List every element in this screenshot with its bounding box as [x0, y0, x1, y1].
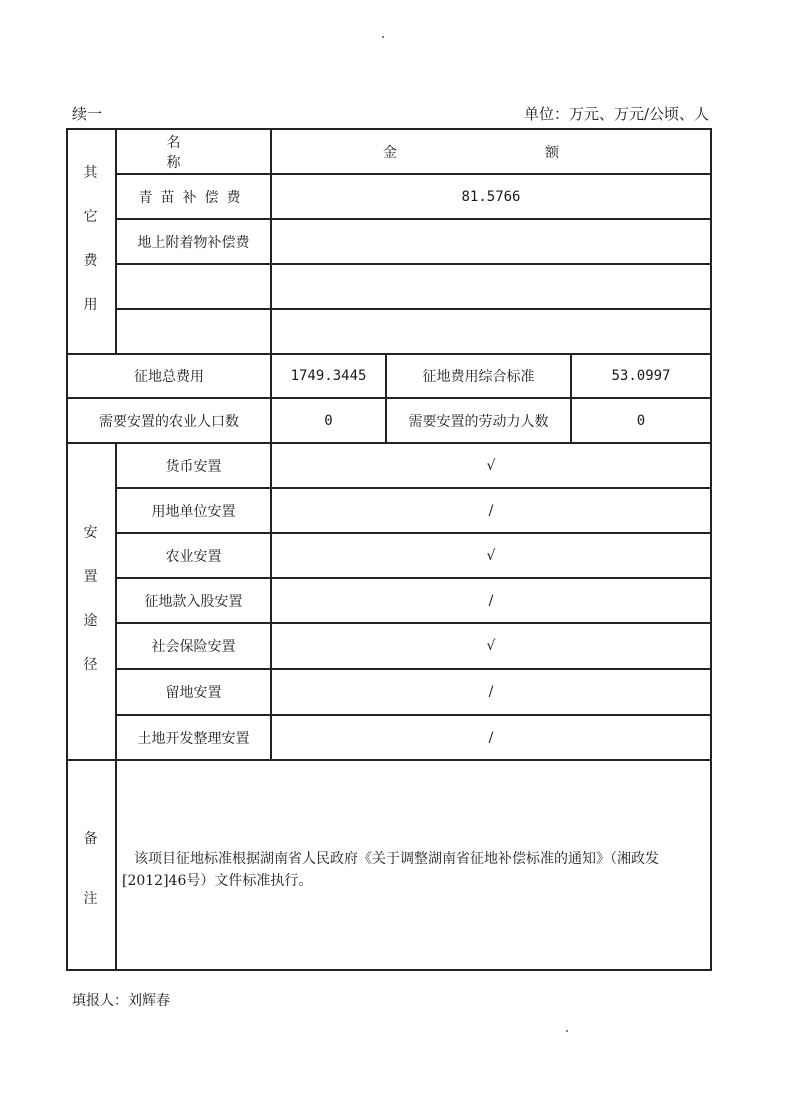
labor-count-value: 0	[572, 399, 710, 442]
total-cost-value: 1749.3445	[272, 355, 385, 397]
group-char: 置	[84, 566, 98, 586]
unit-label: 单位：万元、万元/公顷、人	[524, 103, 709, 124]
row-label-seedling-compensation: 青苗补偿费	[117, 175, 270, 218]
other-costs-group-label: 其 它 费 用	[66, 158, 115, 318]
group-char: 备	[84, 828, 98, 848]
empty-row-label	[117, 265, 270, 308]
compensation-table: 其 它 费 用 名 称 金 额 青苗补偿费 81.5766 地上附着物补偿费 征…	[66, 128, 712, 971]
resettlement-agriculture-mark: √	[272, 534, 710, 577]
reporter-label: 填报人：刘辉春	[72, 990, 170, 1010]
resettlement-group-label: 安 置 途 径	[66, 513, 115, 683]
resettlement-employer-label: 用地单位安置	[117, 489, 270, 532]
comprehensive-standard-label: 征地费用综合标准	[387, 355, 570, 397]
col-header-amount: 金 额	[272, 130, 710, 173]
resettlement-equity-label: 征地款入股安置	[117, 579, 270, 622]
resettlement-employer-mark: /	[272, 489, 710, 532]
col-header-name: 名 称	[117, 130, 270, 173]
group-char: 其	[84, 162, 98, 182]
empty-row-label	[117, 310, 270, 353]
resettlement-equity-mark: /	[272, 579, 710, 622]
border-bottom	[66, 969, 712, 971]
group-char: 途	[84, 610, 98, 630]
empty-row-value	[272, 310, 710, 353]
resettlement-reserved-land-label: 留地安置	[117, 670, 270, 714]
resettlement-land-development-mark: /	[272, 716, 710, 759]
empty-row-value	[272, 265, 710, 308]
continuation-label: 续一	[72, 103, 102, 124]
comprehensive-standard-value: 53.0997	[572, 355, 710, 397]
remarks-text: 该项目征地标准根据湖南省人民政府《关于调整湖南省征地补偿标准的通知》（湘政发[2…	[122, 848, 712, 892]
group-char: 径	[84, 654, 98, 674]
resettlement-land-development-label: 土地开发整理安置	[117, 716, 270, 759]
border-right	[710, 128, 712, 971]
resettlement-reserved-land-mark: /	[272, 670, 710, 714]
labor-count-label: 需要安置的劳动力人数	[387, 399, 570, 442]
row-label-attachment-compensation: 地上附着物补偿费	[117, 220, 270, 263]
group-char: 注	[84, 888, 98, 908]
scan-speck	[566, 1030, 568, 1032]
group-char: 费	[84, 250, 98, 270]
agri-population-value: 0	[272, 399, 385, 442]
resettlement-monetary-mark: √	[272, 444, 710, 487]
seedling-compensation-value: 81.5766	[272, 175, 710, 218]
agri-population-label: 需要安置的农业人口数	[68, 399, 270, 442]
remarks-group-label: 备 注	[66, 808, 115, 928]
group-char: 用	[84, 294, 98, 314]
divider	[66, 759, 712, 761]
resettlement-monetary-label: 货币安置	[117, 444, 270, 487]
resettlement-social-insurance-label: 社会保险安置	[117, 624, 270, 668]
resettlement-social-insurance-mark: √	[272, 624, 710, 668]
group-char: 它	[84, 206, 98, 226]
group-char: 安	[84, 522, 98, 542]
total-cost-label: 征地总费用	[68, 355, 270, 397]
scan-speck	[382, 36, 384, 38]
attachment-compensation-value	[272, 220, 710, 263]
resettlement-agriculture-label: 农业安置	[117, 534, 270, 577]
